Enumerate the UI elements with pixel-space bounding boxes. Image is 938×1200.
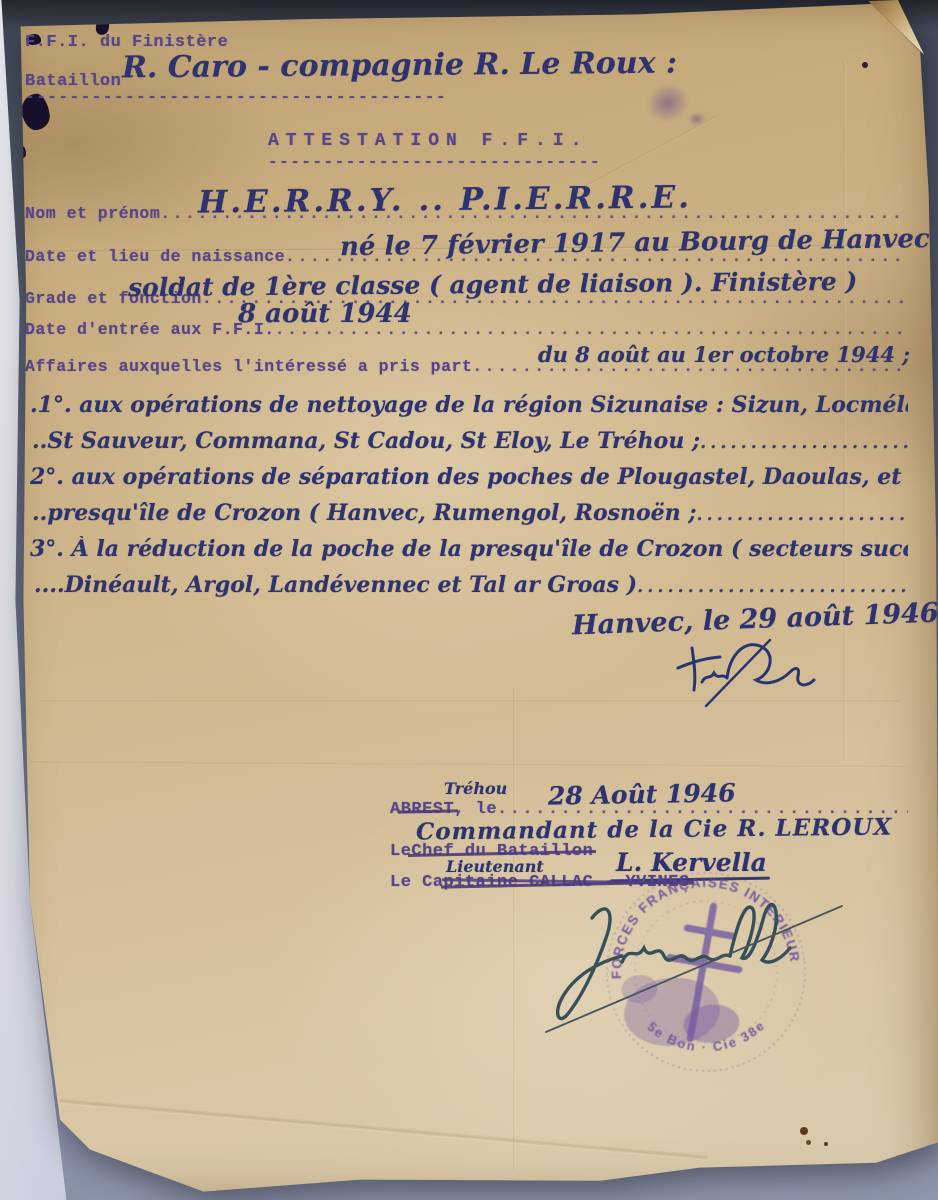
ink-blot — [9, 208, 23, 261]
signatures-layer — [0, 0, 938, 1200]
signature-kervella — [546, 904, 842, 1032]
document-paper: F.F.I. du Finistère Bataillon R. Caro - … — [0, 0, 938, 1200]
document-paper-wrap: F.F.I. du Finistère Bataillon R. Caro - … — [0, 0, 938, 1200]
signature-herry — [678, 640, 814, 706]
photo-of-document: { "colors":{ "paper":"#cdb489", "typed":… — [0, 0, 938, 1200]
